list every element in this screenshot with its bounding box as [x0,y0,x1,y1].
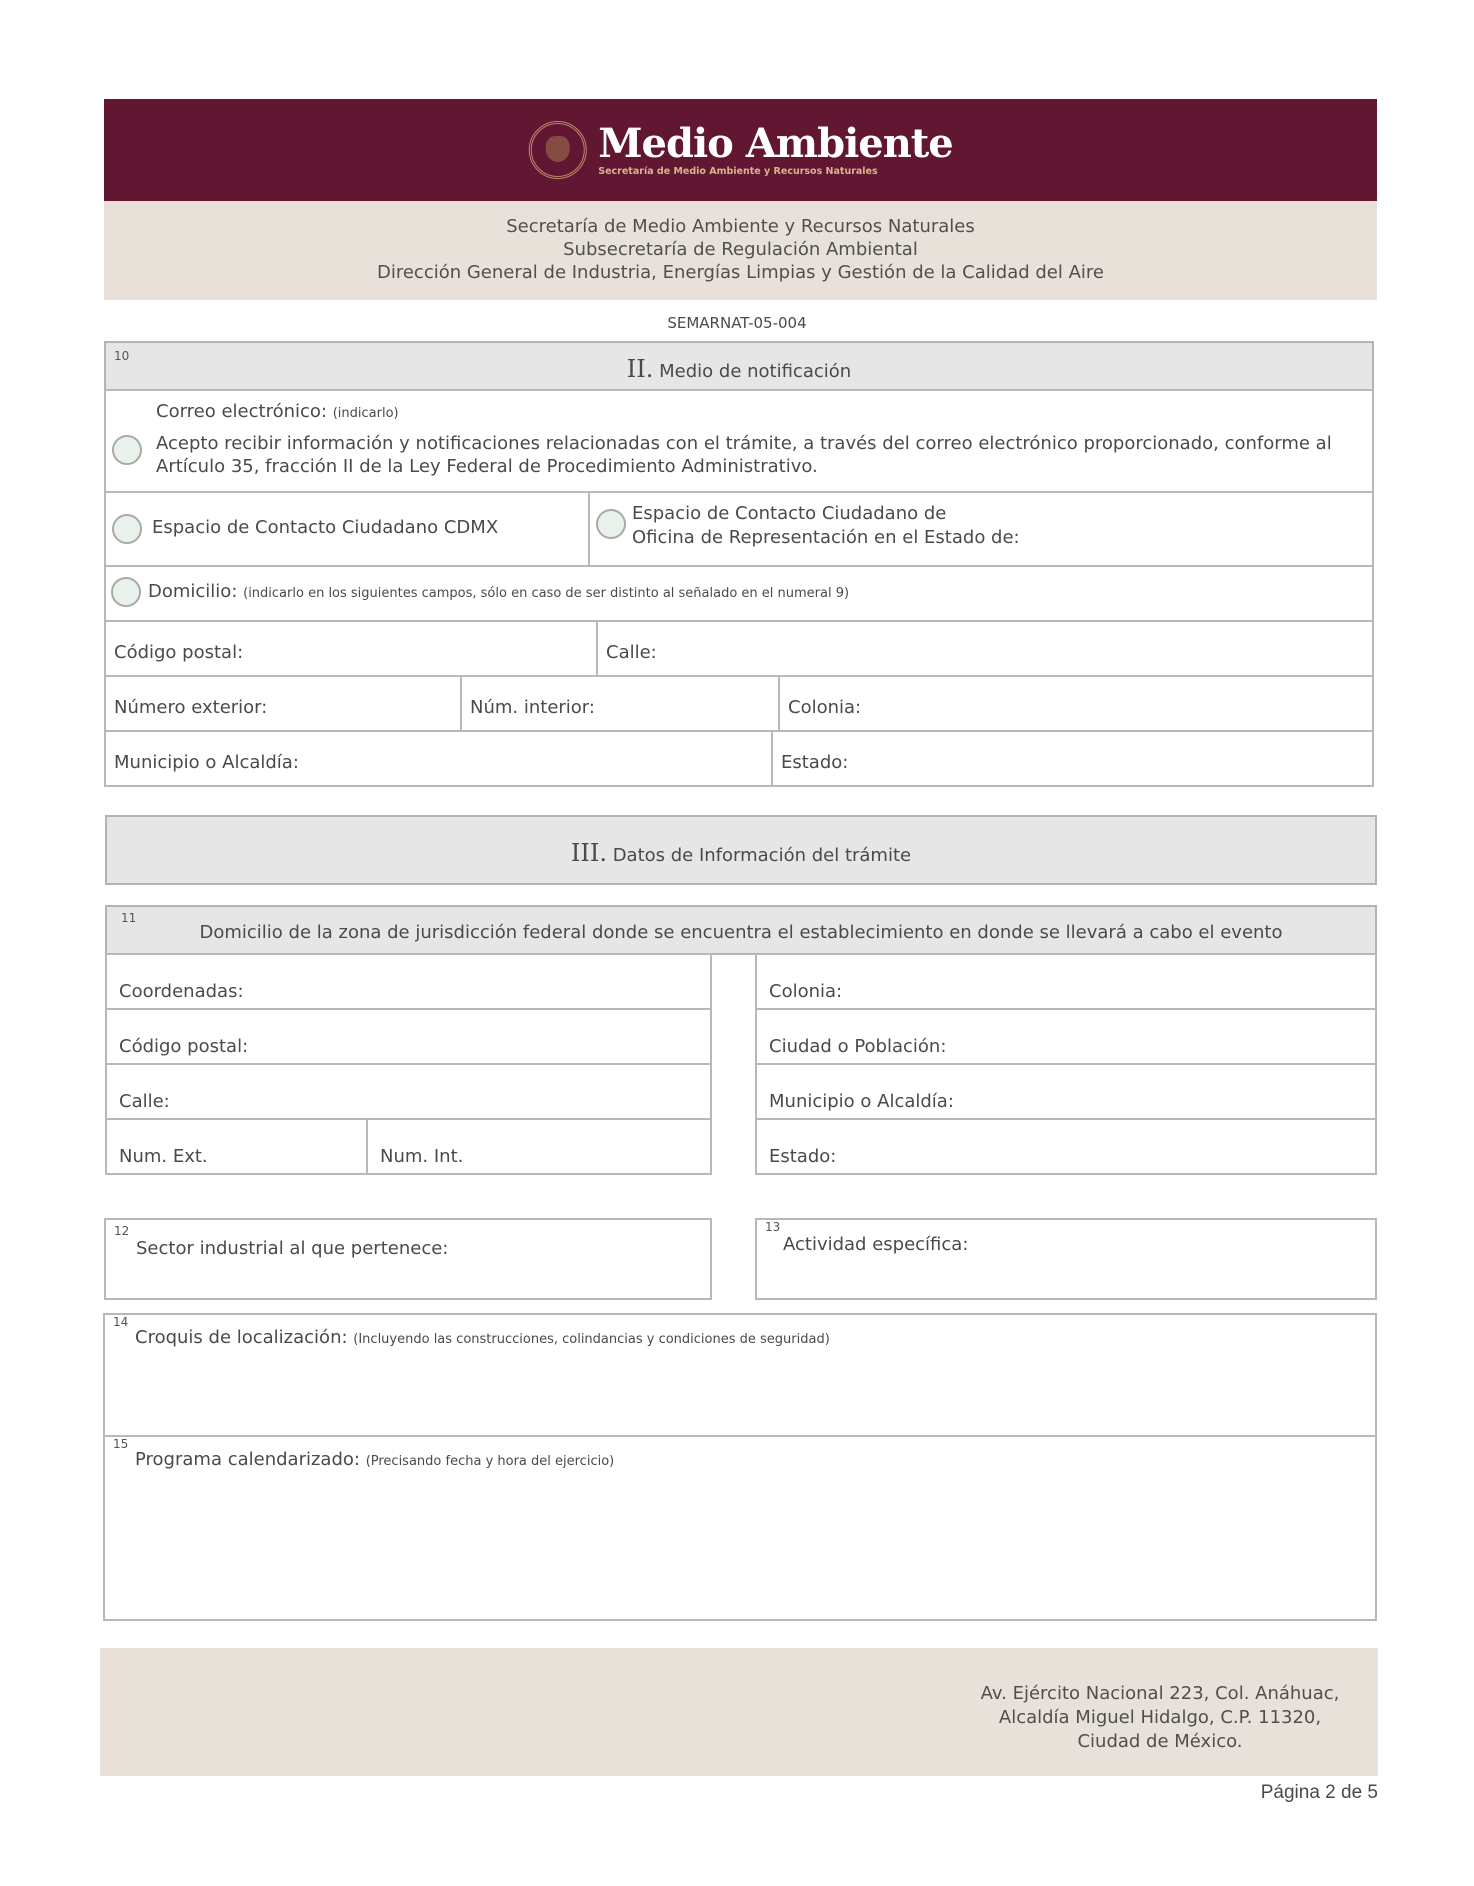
num-ext-11-field[interactable]: Num. Ext. [105,1118,368,1175]
numero-exterior-field[interactable]: Número exterior: [104,675,462,732]
ciudad-field[interactable]: Ciudad o Población: [755,1008,1377,1065]
coordenadas-field[interactable]: Coordenadas: [105,953,712,1010]
brand-title: Medio Ambiente [598,122,952,166]
agency-line: Dirección General de Industria, Energías… [104,261,1377,284]
email-row: Correo electrónico: (indicarlo) Acepto r… [104,389,1374,493]
agency-band: Secretaría de Medio Ambiente y Recursos … [104,201,1377,300]
contact-state-radio[interactable] [596,509,626,539]
colonia-field[interactable]: Colonia: [778,675,1374,732]
municipio-field[interactable]: Municipio o Alcaldía: [104,730,773,787]
contact-state-cell: Espacio de Contacto Ciudadano de Oficina… [588,491,1374,567]
sector-industrial-field[interactable]: 12 Sector industrial al que pertenece: [104,1218,712,1300]
domicilio-label: Domicilio: (indicarlo en los siguientes … [148,581,849,602]
contact-state-label: Espacio de Contacto Ciudadano de [632,503,946,524]
header-banner: Medio Ambiente Secretaría de Medio Ambie… [104,99,1377,201]
coat-of-arms-icon [528,121,586,179]
contact-cdmx-cell: Espacio de Contacto Ciudadano CDMX [104,491,590,567]
codigo-postal-field[interactable]: Código postal: [104,620,598,677]
contact-cdmx-label: Espacio de Contacto Ciudadano CDMX [152,517,498,538]
contact-state-label-2: Oficina de Representación en el Estado d… [632,527,1020,548]
section-title: III. Datos de Información del trámite [107,839,1375,867]
calle-field[interactable]: Calle: [596,620,1374,677]
brand-subtitle: Secretaría de Medio Ambiente y Recursos … [598,166,952,178]
email-consent-radio[interactable] [112,435,142,465]
email-consent-text-2: Artículo 35, fracción II de la Ley Feder… [156,456,818,477]
estado-field[interactable]: Estado: [771,730,1374,787]
colonia-11-field[interactable]: Colonia: [755,953,1377,1010]
form-code: SEMARNAT-05-004 [0,314,1474,332]
email-consent-text: Acepto recibir información y notificacio… [156,433,1332,454]
section-tramite-header: III. Datos de Información del trámite [105,815,1377,885]
programa-calendarizado-field[interactable]: 15 Programa calendarizado: (Precisando f… [103,1435,1377,1621]
logo: Medio Ambiente Secretaría de Medio Ambie… [528,121,952,179]
croquis-field[interactable]: 14 Croquis de localización: (Incluyendo … [103,1313,1377,1437]
page-number: Página 2 de 5 [1261,1782,1378,1804]
municipio-11-field[interactable]: Municipio o Alcaldía: [755,1063,1377,1120]
footer-address: Av. Ejército Nacional 223, Col. Anáhuac,… [970,1682,1350,1754]
domicilio-radio[interactable] [111,577,141,607]
footer-band: Av. Ejército Nacional 223, Col. Anáhuac,… [100,1648,1378,1776]
domicilio-row: Domicilio: (indicarlo en los siguientes … [104,565,1374,622]
section-11-header: 11 Domicilio de la zona de jurisdicción … [105,905,1377,955]
estado-11-field[interactable]: Estado: [755,1118,1377,1175]
agency-line: Secretaría de Medio Ambiente y Recursos … [104,215,1377,238]
section-title: II. Medio de notificación [106,355,1372,383]
codigo-postal-11-field[interactable]: Código postal: [105,1008,712,1065]
calle-11-field[interactable]: Calle: [105,1063,712,1120]
section-notification-header: 10 II. Medio de notificación [104,341,1374,391]
actividad-especifica-field[interactable]: 13 Actividad específica: [755,1218,1377,1300]
section-11-title: Domicilio de la zona de jurisdicción fed… [107,922,1375,943]
contact-cdmx-radio[interactable] [112,514,142,544]
num-interior-field[interactable]: Núm. interior: [460,675,780,732]
num-int-11-field[interactable]: Num. Int. [366,1118,712,1175]
email-label: Correo electrónico: (indicarlo) [156,401,399,422]
agency-line: Subsecretaría de Regulación Ambiental [104,238,1377,261]
